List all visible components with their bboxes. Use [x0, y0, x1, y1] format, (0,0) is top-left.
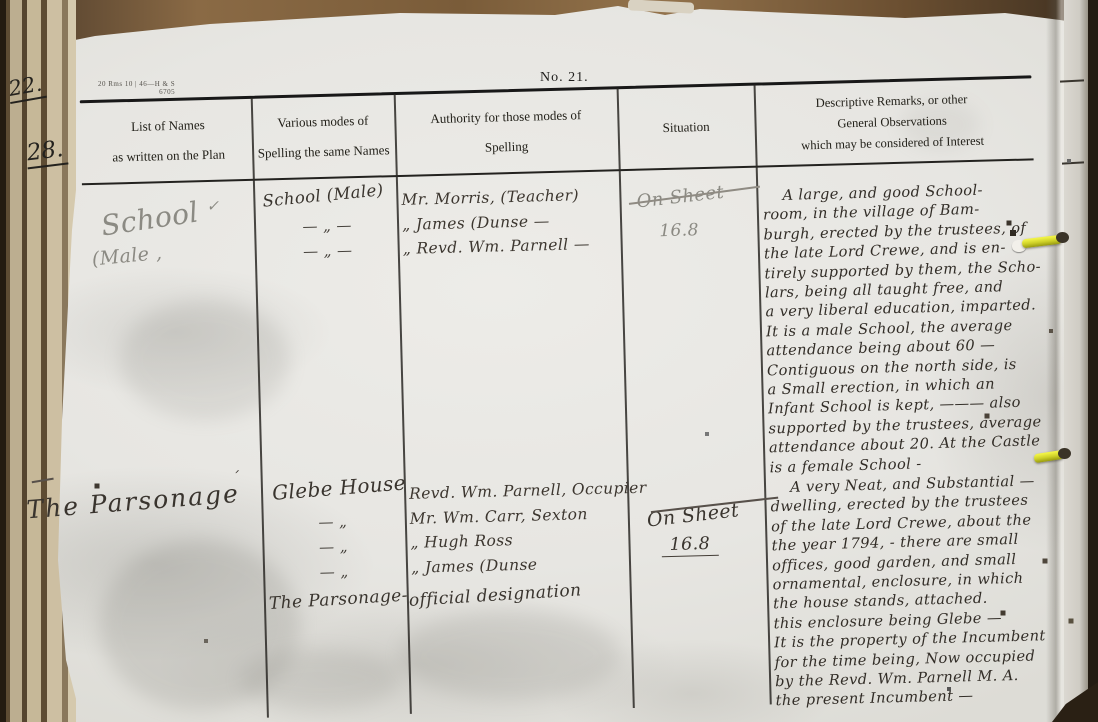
authority-list: Revd. Wm. Parnell, OccupierMr. Wm. Carr,… — [409, 476, 649, 580]
name-entry-school: School — [99, 195, 201, 242]
header-descriptive-remarks: Descriptive Remarks, or otherGeneral Obs… — [754, 81, 1031, 162]
header-authority: Authority for those modes ofSpelling — [394, 92, 619, 172]
check-mark: ✓ — [206, 197, 219, 215]
header-various-modes: Various modes ofSpelling the same Names — [251, 98, 396, 176]
page-fold-crease — [1046, 0, 1064, 722]
name-book-table: List of Namesas written on the Plan Vari… — [84, 75, 1045, 722]
spelling-entry: Glebe House — [271, 470, 407, 504]
printers-code: 20 Rms 10 | 46—H & S 6705 — [98, 80, 175, 96]
corner-page-number-bottom: 28. — [25, 138, 69, 170]
remarks-text: A large, and good School-room, in the vi… — [762, 179, 1046, 477]
spelling-entry: School (Male) — [262, 180, 385, 211]
book-edge-shadow — [1088, 0, 1098, 722]
header-situation: Situation — [617, 89, 756, 167]
next-page-edge — [1064, 0, 1090, 722]
authority-list: Mr. Morris, (Teacher)„ James (Dunse —„ R… — [401, 183, 590, 261]
authority-note: official designation — [408, 580, 582, 611]
punch-hole-dots — [0, 0, 2, 2]
ditto-marks: — „ —— „ — — [292, 213, 363, 265]
header-list-of-names: List of Namesas written on the Plan — [84, 102, 253, 180]
ditto-marks: — „— „— „ — [303, 509, 365, 586]
tie-knot — [1058, 448, 1071, 459]
tick-mark: ˊ — [231, 468, 239, 486]
page-number: No. 21. — [540, 70, 589, 86]
spelling-alt-entry: The Parsonage- — [268, 585, 408, 613]
situation-sheet-number: 16.8 — [661, 534, 718, 557]
remarks-text: A very Neat, and Substantial —dwelling, … — [770, 471, 1048, 711]
name-entry-school-male: (Male , — [91, 242, 163, 271]
column-divider — [617, 88, 635, 708]
document-scan: 22. 28. 20 Rms 10 | 46—H & S 6705 No. 21… — [0, 0, 1098, 722]
tie-knot — [1056, 232, 1069, 243]
situation-sheet-number: 16.8 — [659, 220, 699, 241]
